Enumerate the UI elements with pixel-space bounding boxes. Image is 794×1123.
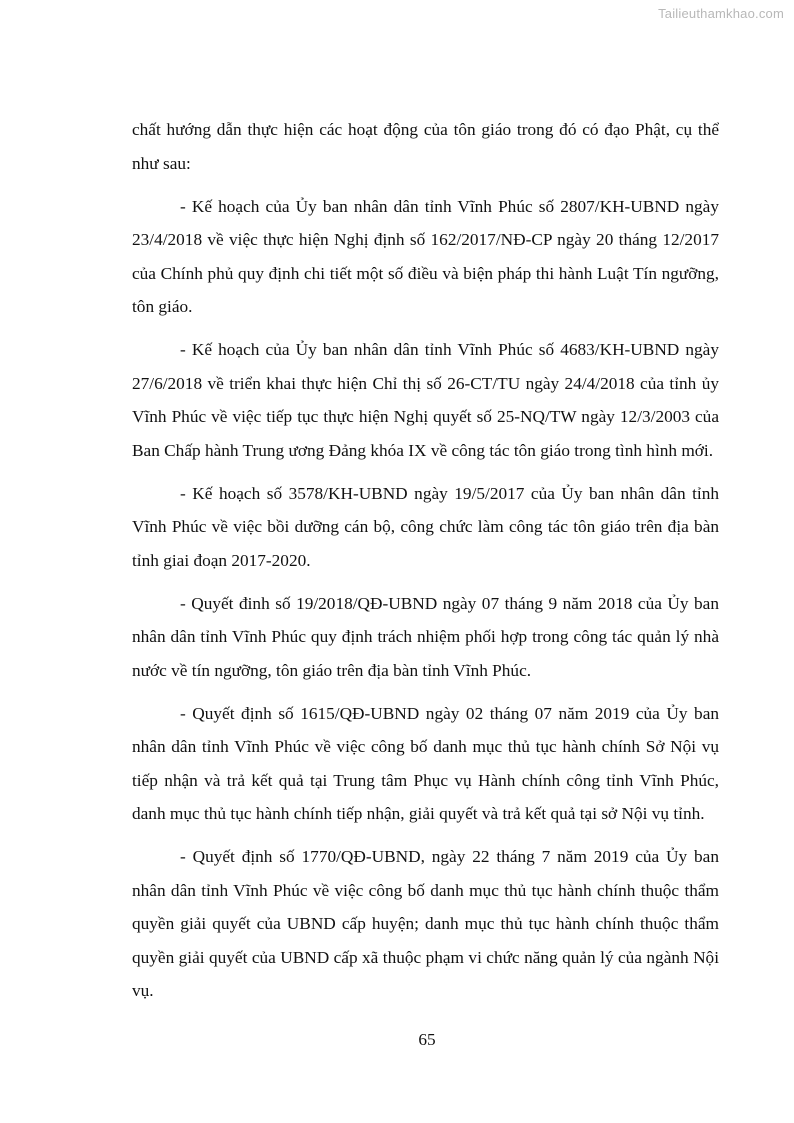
- watermark: Tailieuthamkhao.com: [658, 6, 784, 21]
- paragraph-decision-1770: - Quyết định số 1770/QĐ-UBND, ngày 22 th…: [132, 840, 719, 1008]
- paragraph-plan-3578: - Kế hoạch số 3578/KH-UBND ngày 19/5/201…: [132, 477, 719, 578]
- paragraph-plan-2807: - Kế hoạch của Ủy ban nhân dân tỉnh Vĩnh…: [132, 190, 719, 324]
- document-body: chất hướng dẫn thực hiện các hoạt động c…: [132, 113, 719, 1017]
- paragraph-decision-1615: - Quyết định số 1615/QĐ-UBND ngày 02 thá…: [132, 697, 719, 831]
- paragraph-intro-continuation: chất hướng dẫn thực hiện các hoạt động c…: [132, 113, 719, 180]
- paragraph-plan-4683: - Kế hoạch của Ủy ban nhân dân tỉnh Vĩnh…: [132, 333, 719, 467]
- page-number: 65: [30, 1030, 794, 1050]
- paragraph-decision-19-2018: - Quyết đinh số 19/2018/QĐ-UBND ngày 07 …: [132, 587, 719, 688]
